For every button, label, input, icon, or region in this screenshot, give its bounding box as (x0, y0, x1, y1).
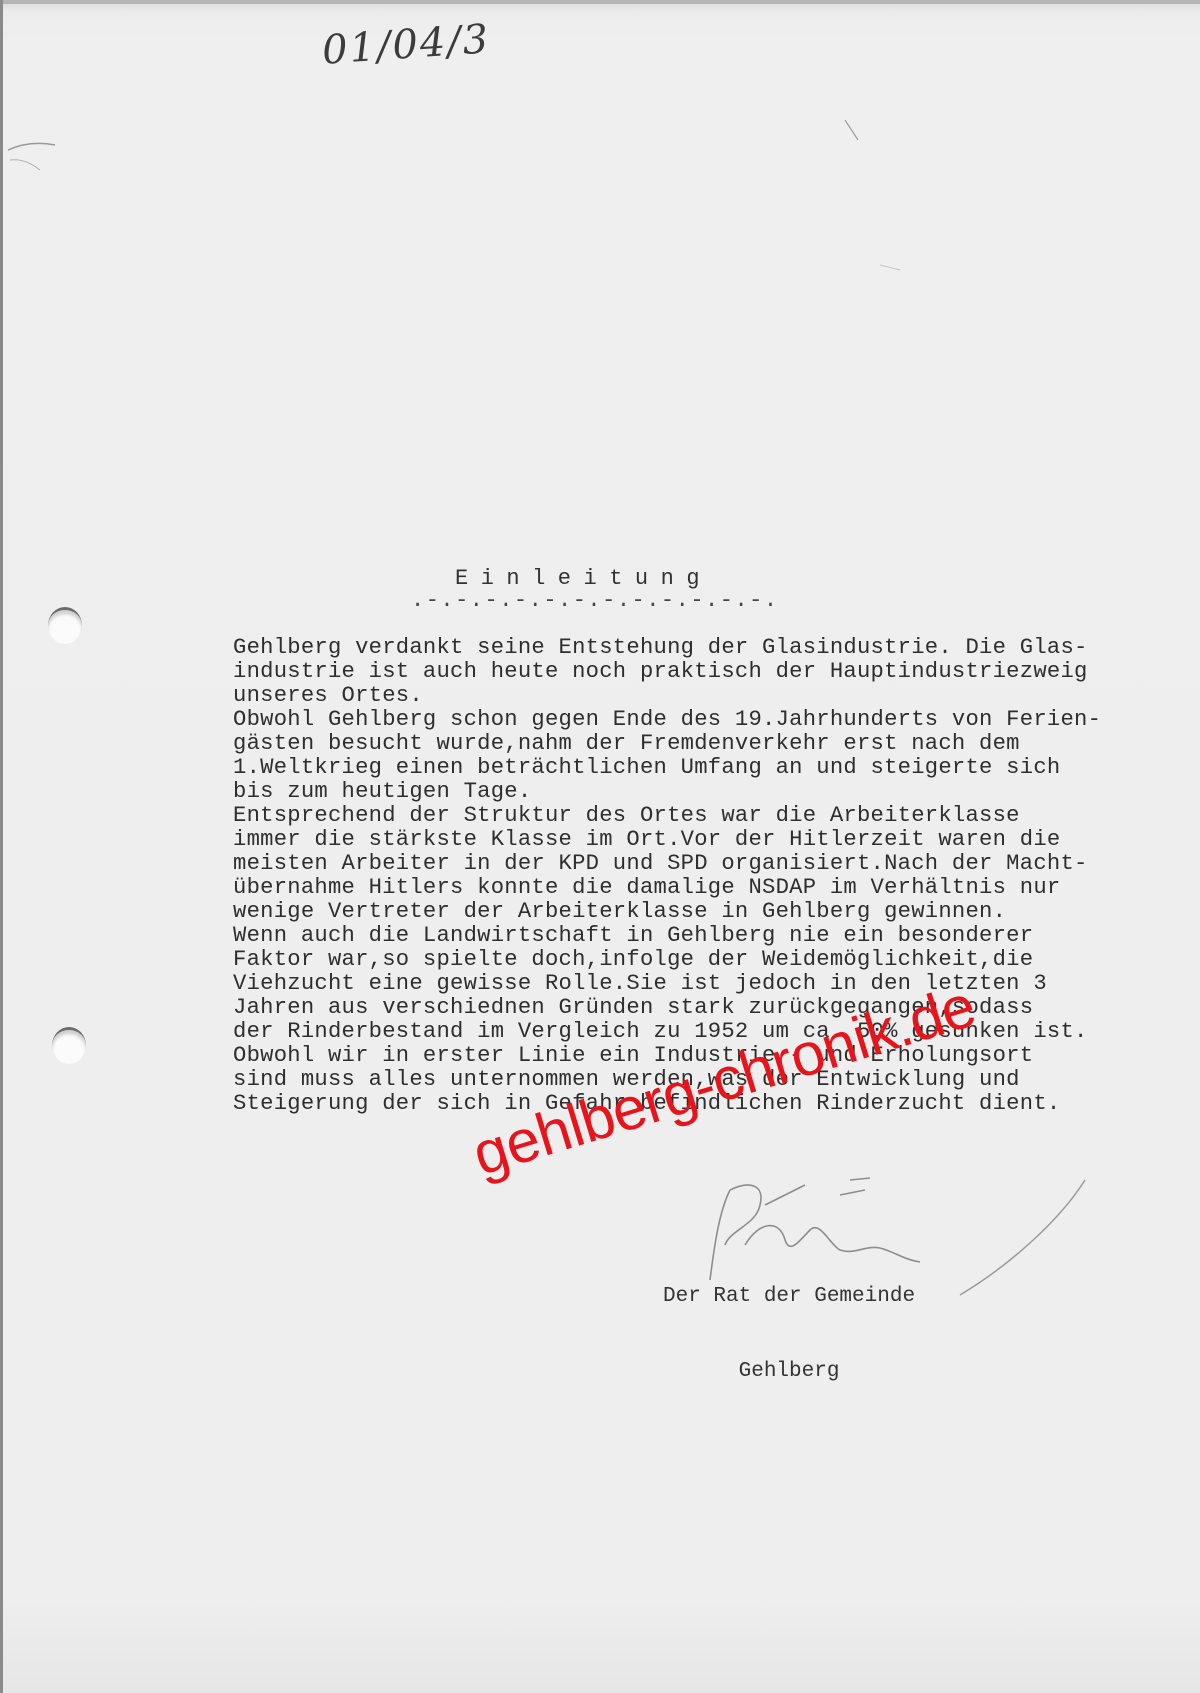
signature-line-2: Gehlberg (663, 1359, 915, 1384)
body-line: Gehlberg verdankt seine Entstehung der G… (233, 636, 1101, 660)
body-text: Gehlberg verdankt seine Entstehung der G… (233, 636, 1101, 1116)
punch-hole (48, 607, 82, 644)
archive-number: 01/04/3 (321, 16, 492, 74)
body-line: unseres Ortes. (233, 684, 1101, 708)
body-line: Wenn auch die Landwirtschaft in Gehlberg… (233, 924, 1101, 948)
body-line: 1.Weltkrieg einen beträchtlichen Umfang … (233, 756, 1101, 780)
body-line: immer die stärkste Klasse im Ort.Vor der… (233, 828, 1101, 852)
body-line: industrie ist auch heute noch praktisch … (233, 660, 1101, 684)
body-line: Obwohl Gehlberg schon gegen Ende des 19.… (233, 708, 1101, 732)
title-underline: .-.-.-.-.-.-.-.-.-.-.-.-. (411, 588, 779, 613)
body-line: wenige Vertreter der Arbeiterklasse in G… (233, 900, 1101, 924)
scanned-page: 01/04/3 Einleitung .-.-.-.-.-.-.-.-.-.-.… (0, 0, 1200, 1693)
body-line: Viehzucht eine gewisse Rolle.Sie ist jed… (233, 972, 1101, 996)
body-line: bis zum heutigen Tage. (233, 780, 1101, 804)
signature-block: Der Rat der Gemeinde Gehlberg (663, 1234, 915, 1434)
page-left-edge (0, 0, 3, 1693)
body-line: Faktor war,so spielte doch,infolge der W… (233, 948, 1101, 972)
body-line: meisten Arbeiter in der KPD und SPD orga… (233, 852, 1101, 876)
body-line: gästen besucht wurde,nahm der Fremdenver… (233, 732, 1101, 756)
punch-hole (52, 1027, 86, 1064)
body-line: übernahme Hitlers konnte die damalige NS… (233, 876, 1101, 900)
page-top-edge (0, 0, 1200, 4)
signature-line-1: Der Rat der Gemeinde (663, 1284, 915, 1309)
body-line: Entsprechend der Struktur des Ortes war … (233, 804, 1101, 828)
